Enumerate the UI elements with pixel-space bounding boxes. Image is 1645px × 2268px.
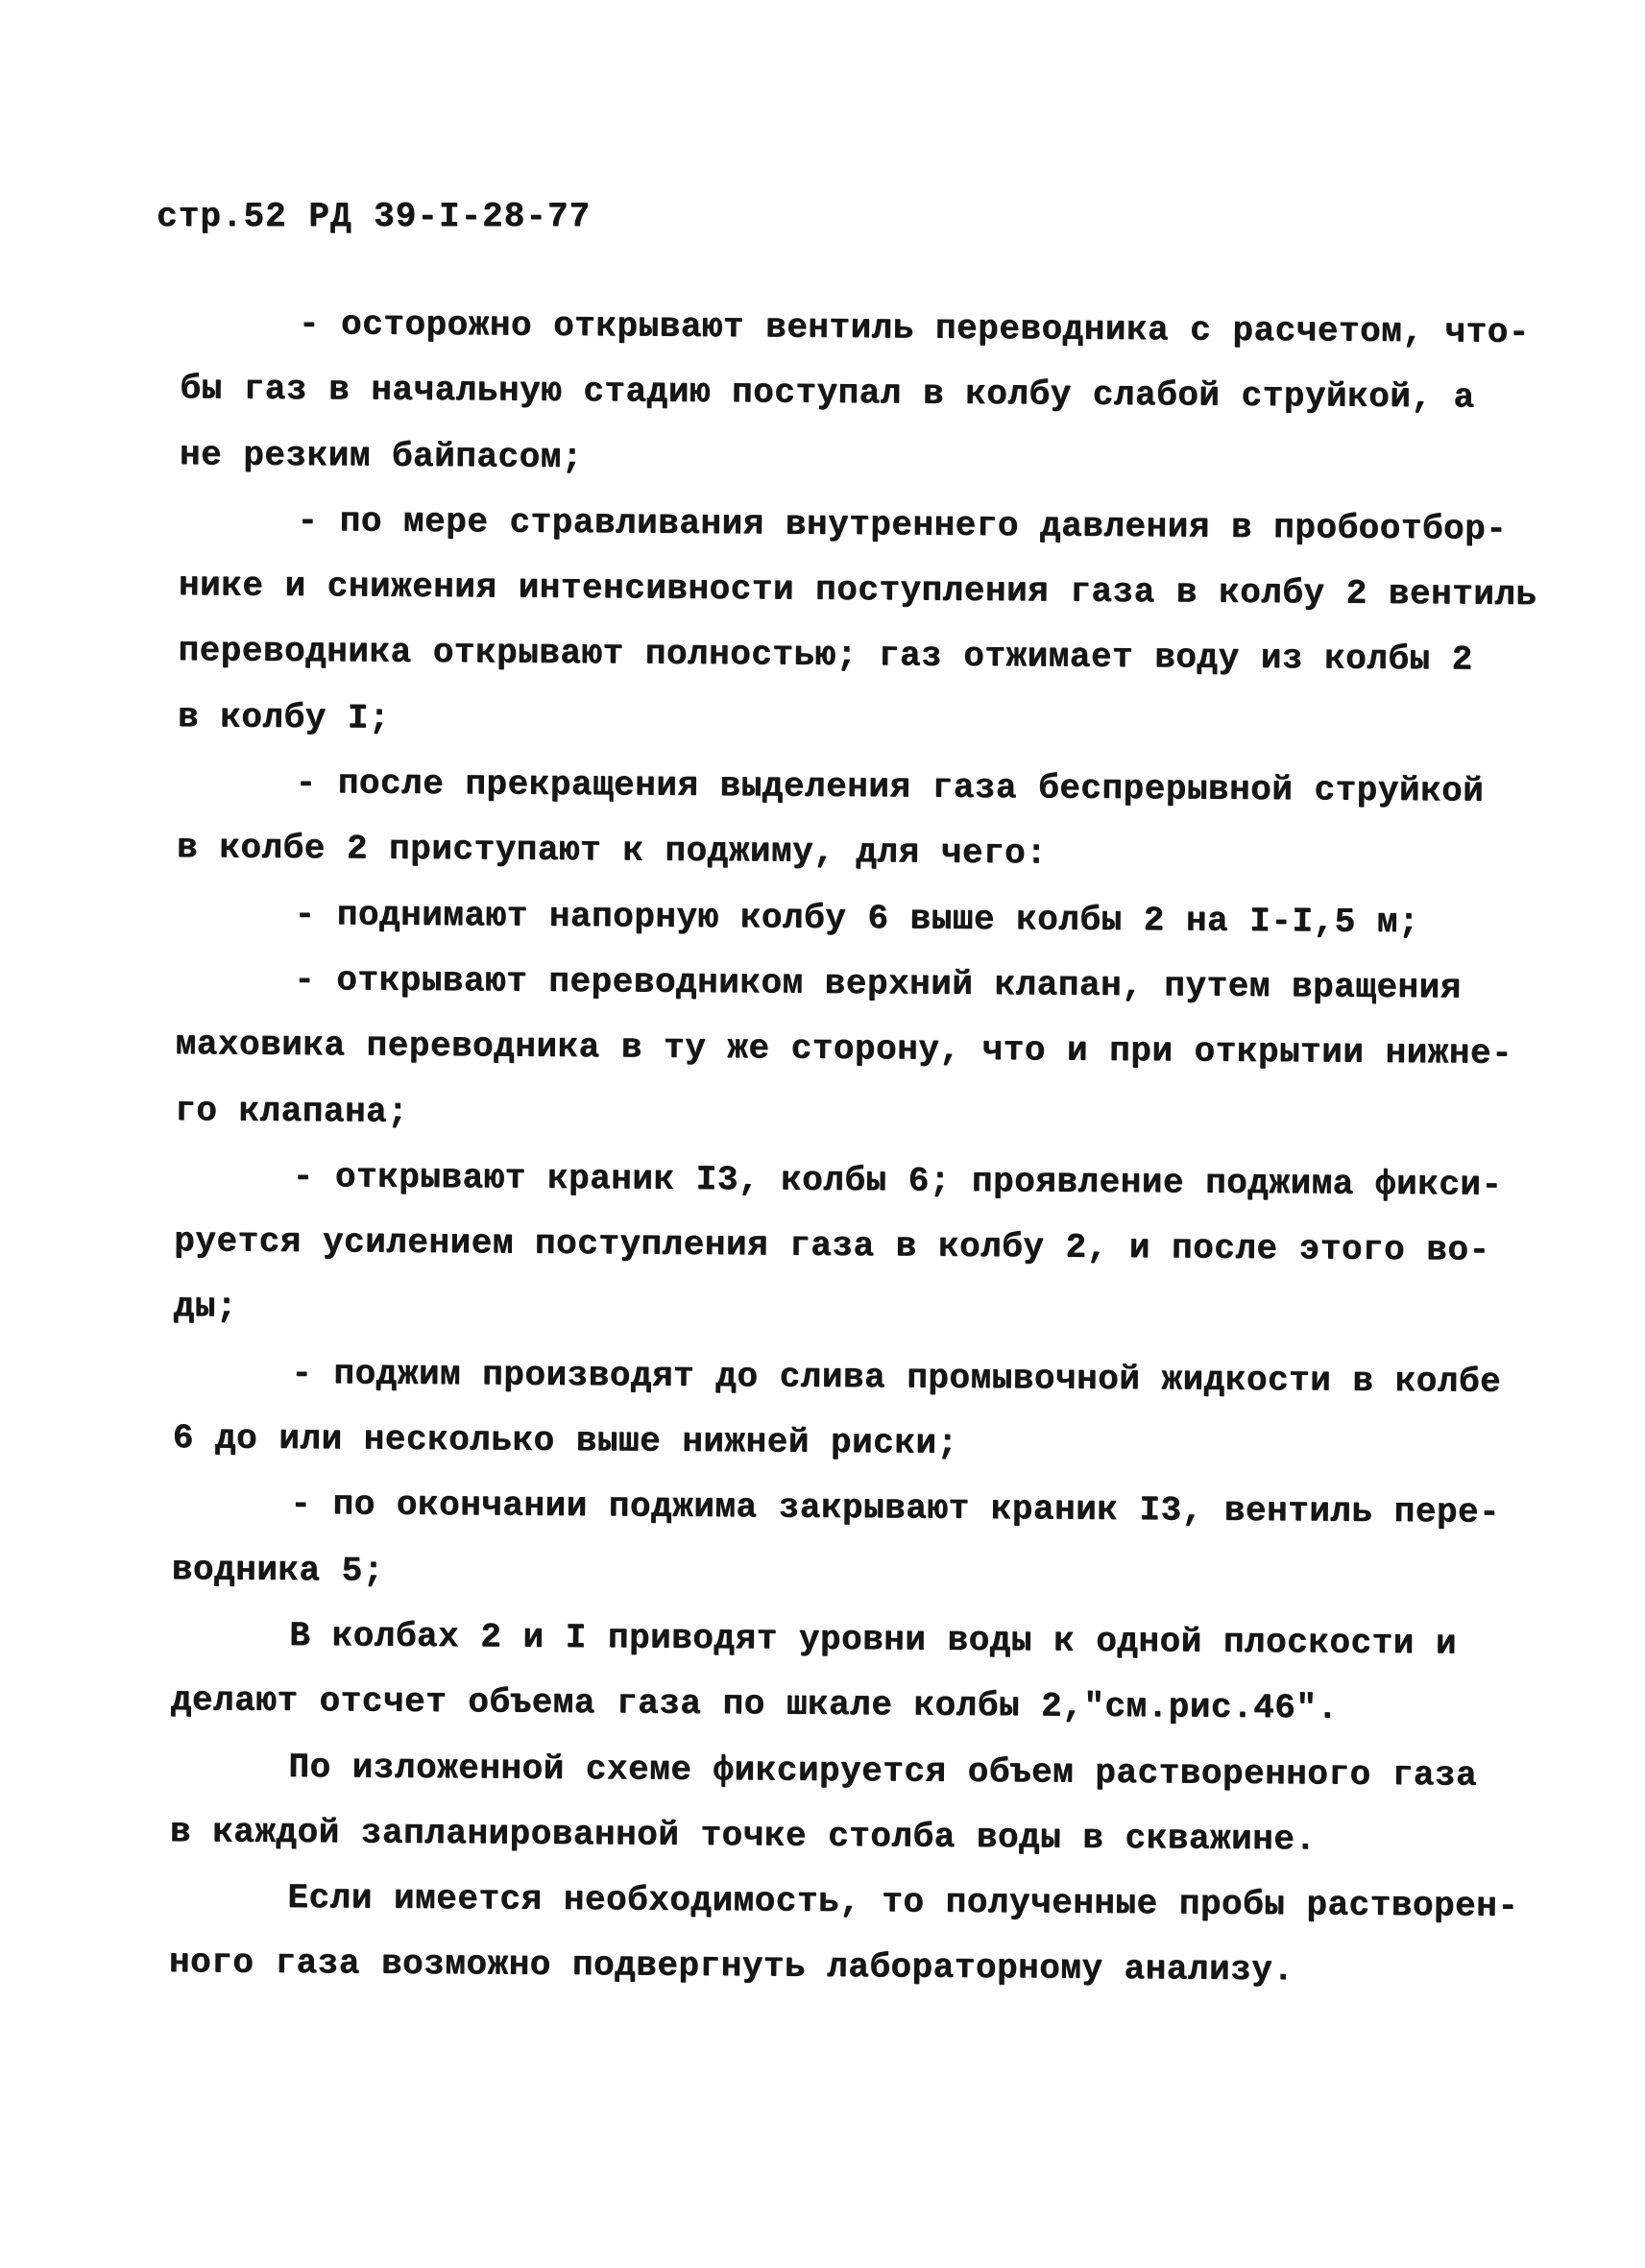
text-line: переводника открывают полностью; газ отж… [178,619,1541,694]
body-text-block: - осторожно открывают вентиль переводник… [169,291,1544,2006]
text-line: ды; [173,1274,1536,1349]
text-line: в колбу I; [178,685,1541,760]
text-line: - открывают краник I3, колбы 6; проявлен… [174,1144,1537,1218]
text-line: водника 5; [171,1537,1535,1612]
text-line: в каждой запланированной точке столба во… [170,1799,1534,1874]
page-number-and-document-code: стр.52 РД 39-I-28-77 [157,197,591,236]
text-line: ного газа возможно подвергнуть лаборатор… [169,1930,1533,2005]
scanned-document-page: стр.52 РД 39-I-28-77 - осторожно открыва… [0,0,1645,2268]
text-line: - поднимают напорную колбу 6 выше колбы … [176,881,1539,956]
text-line: По изложенной схеме фиксируется объем ра… [170,1734,1534,1809]
text-line: го клапана; [175,1078,1538,1153]
text-line: - осторожно открывают вентиль переводник… [181,291,1544,366]
text-line: маховика переводника в ту же сторону, чт… [175,1012,1538,1087]
text-line: В колбах 2 и I приводят уровни воды к од… [171,1603,1535,1677]
text-line: делают отсчет объема газа по шкале колбы… [171,1668,1535,1743]
text-line: Если имеется необходимость, то полученны… [169,1865,1533,1940]
text-line: 6 до или несколько выше нижней риски; [172,1406,1536,1481]
text-line: - по окончании поджима закрывают краник … [172,1471,1536,1546]
text-line: бы газ в начальную стадию поступал в кол… [180,356,1543,431]
text-line: - по мере стравливания внутреннего давле… [179,488,1542,563]
text-line: - поджим производят до слива промывочной… [173,1340,1536,1415]
text-line: - открывают переводником верхний клапан,… [176,947,1539,1022]
text-line: не резким байпасом; [180,422,1543,497]
text-line: руется усилением поступления газа в колб… [174,1209,1537,1284]
text-line: нике и снижения интенсивности поступлени… [179,553,1542,628]
text-line: в колбе 2 приступают к поджиму, для чего… [177,815,1540,890]
text-line: - после прекращения выделения газа беспр… [177,750,1540,825]
